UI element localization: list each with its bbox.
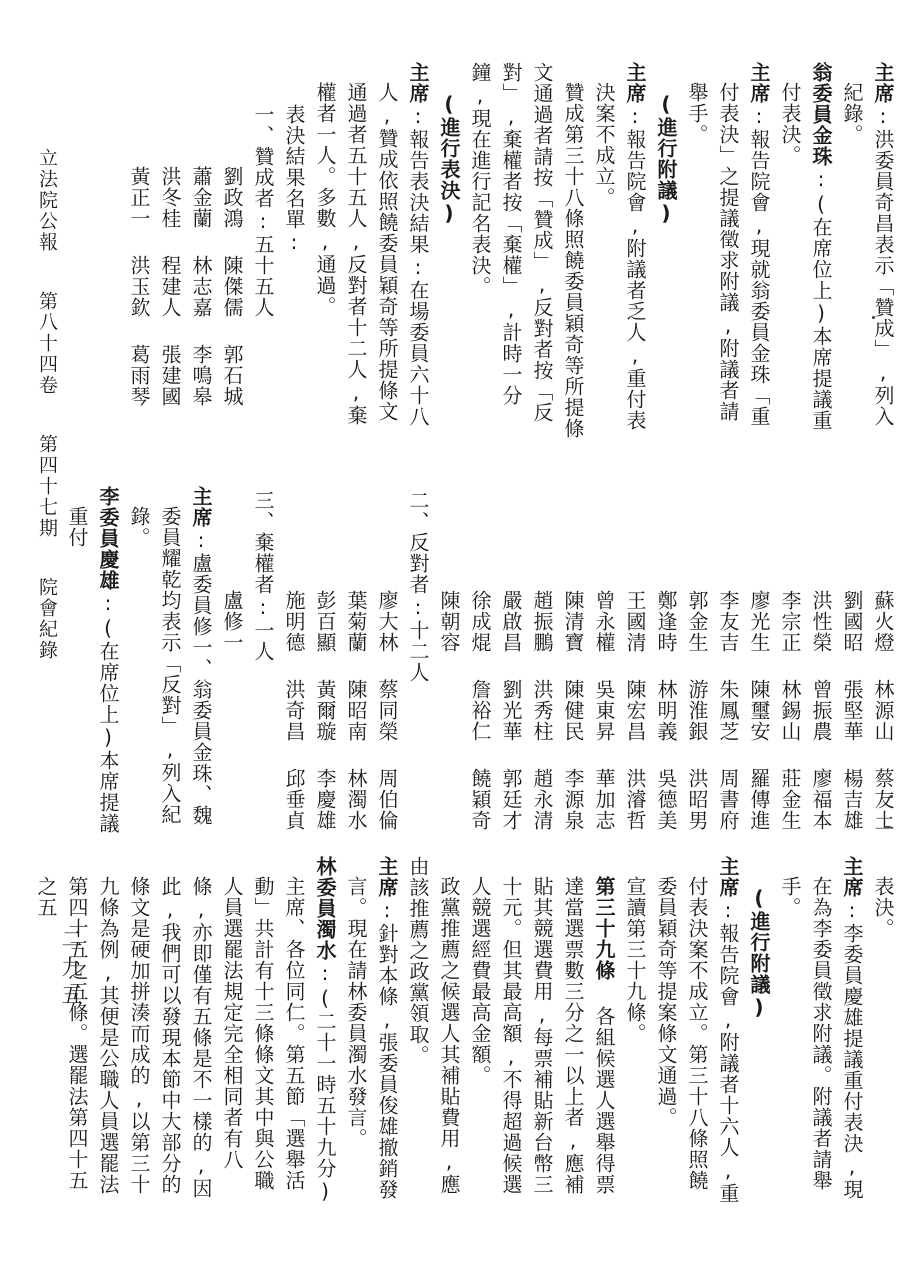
paragraph: 主席:洪委員奇昌表示「贊成」,列入紀錄。 [836, 62, 898, 440]
legislator-name: 葛雨琴 [127, 344, 151, 407]
name-list-column: 施明德洪奇昌邱垂貞 [278, 486, 309, 836]
paragraph: 宣讀第三十九條。 [619, 856, 650, 1204]
name-list-column: 廖大林蔡同榮周伯倫 [371, 486, 402, 836]
legislator-name: 林志嘉 [189, 255, 213, 318]
paragraph: 主席:盧委員修一、翁委員金珠、魏委員耀乾均表示「反對」,列入紀錄。 [123, 486, 216, 836]
speaker-name: 主席 [871, 62, 895, 104]
paragraph: 李委員慶雄:(在席位上)本席提議重付 [61, 486, 123, 836]
legislator-name: 黃正一 [127, 166, 151, 229]
text-band-middle: 蘇火燈林源山蔡友土劉國昭張堅華楊吉雄洪性榮曾振農廖福本李宗正林錫山莊金生廖光生陳… [95, 486, 898, 836]
page-number: 二九五 [56, 928, 86, 1012]
paragraph: 表決結果名單: [278, 62, 309, 440]
name-list-column: 郭金生游淮銀洪昭男 [681, 486, 712, 836]
speaker-name: 主席 [189, 486, 213, 528]
legislator-name: 洪秀柱 [530, 679, 554, 742]
name-list-column: 李友吉朱鳳芝周書府 [712, 486, 743, 836]
legislator-name: 蕭金蘭 [189, 166, 213, 229]
legislator-name: 洪奇昌 [282, 679, 306, 742]
name-list-column: 洪冬桂程建人張建國 [154, 62, 185, 440]
legislator-name: 陳朝容 [437, 590, 461, 653]
legislator-name: 洪濬哲 [623, 768, 647, 831]
legislator-name: 吳東昇 [592, 679, 616, 742]
legislator-name: 曾振農 [809, 679, 833, 742]
legislator-name: 李友吉 [716, 590, 740, 653]
legislator-name: 蔡同榮 [375, 679, 399, 742]
name-list-column: 黃正一洪玉欽葛雨琴 [123, 62, 154, 440]
name-list-column: 彭百顯黃爾璇李慶雄 [309, 486, 340, 836]
legislator-name: 華加志 [592, 768, 616, 831]
legislator-name: 李源泉 [561, 768, 585, 831]
paragraph: 主席:報告院會,現就翁委員金珠「重付表決」之提議徵求附議,附議者請舉手。 [681, 62, 774, 440]
legislator-name: 楊吉雄 [840, 768, 864, 831]
legislator-name: 李慶雄 [313, 768, 337, 831]
legislator-name: 洪冬桂 [158, 166, 182, 229]
legislator-name: 陳昭南 [344, 679, 368, 742]
paragraph: 翁委員金珠:(在席位上)本席提議重付表決。 [774, 62, 836, 440]
paragraph: 一、贊成者:五十五人 [247, 62, 278, 440]
section-heading: (進行附議) [650, 62, 681, 440]
legislator-name: 周書府 [716, 768, 740, 831]
legislator-name: 施明德 [282, 590, 306, 653]
name-list-column: 陳朝容 [433, 486, 464, 836]
speaker-name: 主席 [375, 856, 399, 898]
legislator-name: 王國清 [623, 590, 647, 653]
legislator-name: 詹裕仁 [468, 679, 492, 742]
scan-artifact [872, 316, 875, 319]
paragraph: 表決。 [867, 856, 898, 1204]
legislator-name: 周伯倫 [375, 768, 399, 831]
name-list-column: 劉政鴻陳傑儒郭石城 [216, 62, 247, 440]
legislator-name: 蘇火燈 [871, 590, 895, 653]
legislator-name: 蔡友土 [871, 768, 895, 831]
name-list-column: 洪性榮曾振農廖福本 [805, 486, 836, 836]
legislator-name: 羅傳進 [747, 768, 771, 831]
scan-artifact [884, 826, 891, 828]
legislator-name: 林錫山 [778, 679, 802, 742]
paragraph: 贊成第三十八條照饒委員穎奇等所提條文通過者請按「贊成」,反對者按「反對」,棄權者… [464, 62, 588, 440]
speaker-name: 主席 [623, 62, 647, 104]
legislator-name: 徐成焜 [468, 590, 492, 653]
legislator-name: 洪玉欽 [127, 255, 151, 318]
name-list-column: 陳清寶陳健民李源泉 [557, 486, 588, 836]
name-list-column: 王國清陳宏昌洪濬哲 [619, 486, 650, 836]
legislator-name: 程建人 [158, 255, 182, 318]
text-band-bottom: 表決。主席:李委員慶雄提議重付表決,現在為李委員徵求附議。附議者請舉手。(進行附… [95, 856, 898, 1204]
legislator-name: 廖大林 [375, 590, 399, 653]
name-list-column: 廖光生陳璽安羅傳進 [743, 486, 774, 836]
legislator-name: 劉光華 [499, 679, 523, 742]
legislator-name: 莊金生 [778, 768, 802, 831]
name-list-column: 曾永權吳東昇華加志 [588, 486, 619, 836]
section-heading: (進行附議) [743, 856, 774, 1204]
paragraph: 主席:李委員慶雄提議重付表決,現在為李委員徵求附議。附議者請舉手。 [774, 856, 867, 1204]
legislator-name: 張堅華 [840, 679, 864, 742]
legislator-name: 林源山 [871, 679, 895, 742]
legislator-name: 郭石城 [220, 344, 244, 407]
speaker-name: 主席 [406, 62, 430, 104]
name-list-column: 劉國昭張堅華楊吉雄 [836, 486, 867, 836]
paragraph: 三、棄權者:一人 [247, 486, 278, 836]
paragraph: 二、反對者:十二人 [402, 486, 433, 836]
paragraph: 林委員濁水:(二十一時五十九分)主席、各位同仁。第五節「選舉活動」共計有十三條條… [30, 856, 340, 1204]
paragraph: 第三十九條 各組候選人選舉得票達當選票數三分之一以上者,應補貼其競選費用,每票補… [464, 856, 619, 1204]
legislator-name: 陳宏昌 [623, 679, 647, 742]
page-header: 立法院公報 第八十四卷 第四十七期 院會紀錄 [34, 148, 61, 618]
speaker-name: 李委員慶雄 [96, 486, 120, 591]
legislator-name: 陳璽安 [747, 679, 771, 742]
speaker-name: 主席 [716, 856, 740, 898]
name-list-column: 嚴啟昌劉光華郭廷才 [495, 486, 526, 836]
name-list-column: 徐成焜詹裕仁饒穎奇 [464, 486, 495, 836]
paragraph: 主席:針對本條,張委員俊雄撤銷發言。現在請林委員濁水發言。 [340, 856, 402, 1204]
legislator-name: 趙振鵬 [530, 590, 554, 653]
legislator-name: 陳健民 [561, 679, 585, 742]
legislator-name: 曾永權 [592, 590, 616, 653]
legislator-name: 趙永清 [530, 768, 554, 831]
legislator-name: 李鳴皋 [189, 344, 213, 407]
legislator-name: 彭百顯 [313, 590, 337, 653]
name-list-column: 李宗正林錫山莊金生 [774, 486, 805, 836]
legislator-name: 廖福本 [809, 768, 833, 831]
speaker-name: 主席 [840, 856, 864, 898]
speaker-name: 翁委員金珠 [809, 62, 833, 167]
legislator-name: 鄭逢時 [654, 590, 678, 653]
legislator-name: 陳清寶 [561, 590, 585, 653]
legislator-name: 葉菊蘭 [344, 590, 368, 653]
legislator-name: 張建國 [158, 344, 182, 407]
legislator-name: 陳傑儒 [220, 255, 244, 318]
legislator-name: 朱鳳芝 [716, 679, 740, 742]
legislator-name: 饒穎奇 [468, 768, 492, 831]
legislator-name: 林濁水 [344, 768, 368, 831]
paragraph: 主席:報告院會,附議者乏人,重付表決案不成立。 [588, 62, 650, 440]
legislator-name: 盧修一 [220, 590, 244, 653]
scan-artifact [890, 795, 893, 798]
name-list-column: 趙振鵬洪秀柱趙永清 [526, 486, 557, 836]
text-band-top: 主席:洪委員奇昌表示「贊成」,列入紀錄。翁委員金珠:(在席位上)本席提議重付表決… [95, 62, 898, 440]
legislator-name: 洪性榮 [809, 590, 833, 653]
legislator-name: 邱垂貞 [282, 768, 306, 831]
legislator-name: 游淮銀 [685, 679, 709, 742]
gazette-page: 立法院公報 第八十四卷 第四十七期 院會紀錄 主席:洪委員奇昌表示「贊成」,列入… [0, 0, 908, 1280]
legislator-name: 吳德美 [654, 768, 678, 831]
paragraph: 主席:報告表決結果:在場委員六十八人,贊成依照饒委員穎奇等所提條文通過者五十五人… [309, 62, 433, 440]
legislator-name: 林明義 [654, 679, 678, 742]
speaker-name: 第三十九條 [592, 876, 616, 981]
name-list-column: 蕭金蘭林志嘉李鳴皋 [185, 62, 216, 440]
name-list-column: 葉菊蘭陳昭南林濁水 [340, 486, 371, 836]
paragraph: 政黨推薦之候選人其補貼費用,應由該推薦之政黨領取。 [402, 856, 464, 1204]
legislator-name: 郭金生 [685, 590, 709, 653]
name-list-column: 鄭逢時林明義吳德美 [650, 486, 681, 836]
legislator-name: 李宗正 [778, 590, 802, 653]
legislator-name: 郭廷才 [499, 768, 523, 831]
legislator-name: 洪昭男 [685, 768, 709, 831]
section-heading: (進行表決) [433, 62, 464, 440]
name-list-column: 蘇火燈林源山蔡友土 [867, 486, 898, 836]
legislator-name: 黃爾璇 [313, 679, 337, 742]
legislator-name: 劉政鴻 [220, 166, 244, 229]
legislator-name: 嚴啟昌 [499, 590, 523, 653]
legislator-name: 廖光生 [747, 590, 771, 653]
legislator-name: 劉國昭 [840, 590, 864, 653]
name-list-column: 盧修一 [216, 486, 247, 836]
paragraph: 主席:報告院會,附議者十六人,重付表決案不成立。第三十八條照饒委員穎奇等提案條文… [650, 856, 743, 1204]
speaker-name: 林委員濁水 [313, 856, 337, 961]
speaker-name: 主席 [747, 62, 771, 104]
